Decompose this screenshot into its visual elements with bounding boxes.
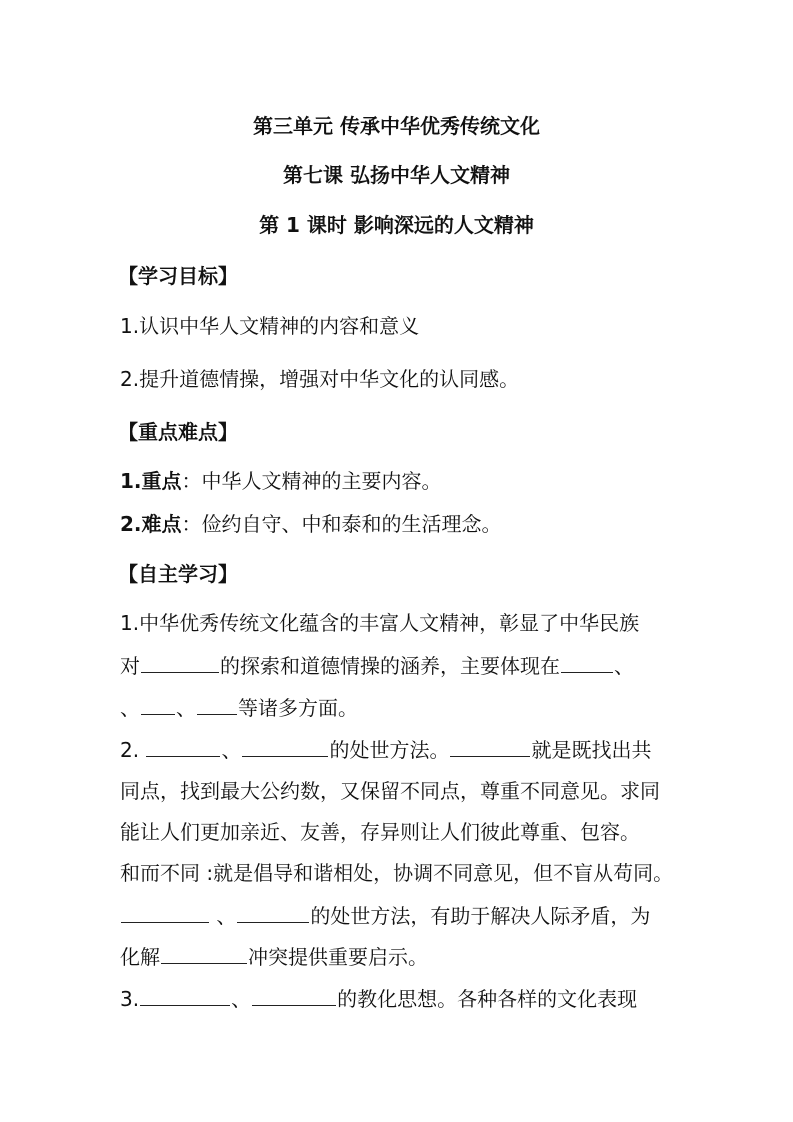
objective-item: 2.提升道德情操，增强对中华文化的认同感。 [120,365,519,393]
text: 就是既找出共 [531,738,651,762]
text: 对 [120,654,140,678]
fill-blank[interactable] [197,694,237,715]
text: 冲突提供重要启示。 [248,945,428,969]
text: 化解 [120,945,160,969]
q1-line: 、、等诸多方面。 [120,694,358,722]
text: 、 [231,987,251,1011]
text: 、 [120,696,140,720]
text: 的探索和道德情操的涵养，主要体现在 [220,654,560,678]
text: 、 [176,696,196,720]
key-point-item: 1.重点：中华人文精神的主要内容。 [120,467,442,495]
difficult-point-label: 2.难点 [120,512,182,536]
q2-line: 同点，找到最大公约数，又保留不同点，尊重不同意见。求同 [120,777,660,805]
text: 3. [120,987,139,1011]
period-title: 第 1 课时 影响深远的人文精神 [0,211,793,239]
fill-blank[interactable] [121,902,209,923]
q1-line: 对的探索和道德情操的涵养，主要体现在、 [120,652,634,680]
text: 2. [120,738,145,762]
text: 、 [614,654,634,678]
fill-blank[interactable] [252,985,336,1006]
fill-blank[interactable] [141,652,219,673]
fill-blank[interactable] [242,736,328,757]
text: 、 [221,738,241,762]
q2-line: 能让人们更加亲近、友善，存异则让人们彼此尊重、包容。 [120,818,640,846]
fill-blank[interactable] [561,652,613,673]
q2-line: 化解冲突提供重要启示。 [120,943,428,971]
fill-blank[interactable] [450,736,530,757]
fill-blank[interactable] [237,902,309,923]
fill-blank[interactable] [141,694,175,715]
text: 的教化思想。各种各样的文化表现 [337,987,637,1011]
key-points-heading: 【重点难点】 [118,418,238,446]
self-study-heading: 【自主学习】 [118,560,238,588]
unit-title: 第三单元 传承中华优秀传统文化 [0,112,793,140]
q3-line: 3.、的教化思想。各种各样的文化表现 [120,985,637,1013]
text: 、 [210,904,236,928]
key-point-label: 1.重点 [120,469,182,493]
q2-line: 、的处世方法，有助于解决人际矛盾，为 [120,902,650,930]
difficult-point-text: ：俭约自守、中和泰和的生活理念。 [182,512,502,536]
q1-line: 1.中华优秀传统文化蕴含的丰富人文精神，彰显了中华民族 [120,609,639,637]
fill-blank[interactable] [140,985,230,1006]
text: 等诸多方面。 [238,696,358,720]
text: 的处世方法。 [329,738,449,762]
objectives-heading: 【学习目标】 [118,262,238,290]
q2-line: 和而不同 :就是倡导和谐相处，协调不同意见，但不盲从苟同。 [120,859,673,887]
key-point-text: ：中华人文精神的主要内容。 [182,469,442,493]
document-page: 第三单元 传承中华优秀传统文化 第七课 弘扬中华人文精神 第 1 课时 影响深远… [0,0,793,1122]
fill-blank[interactable] [161,943,247,964]
objective-item: 1.认识中华人文精神的内容和意义 [120,312,419,340]
text: 的处世方法，有助于解决人际矛盾，为 [310,904,650,928]
q2-line: 2. 、的处世方法。就是既找出共 [120,736,651,764]
fill-blank[interactable] [146,736,220,757]
lesson-title: 第七课 弘扬中华人文精神 [0,161,793,189]
difficult-point-item: 2.难点：俭约自守、中和泰和的生活理念。 [120,510,502,538]
